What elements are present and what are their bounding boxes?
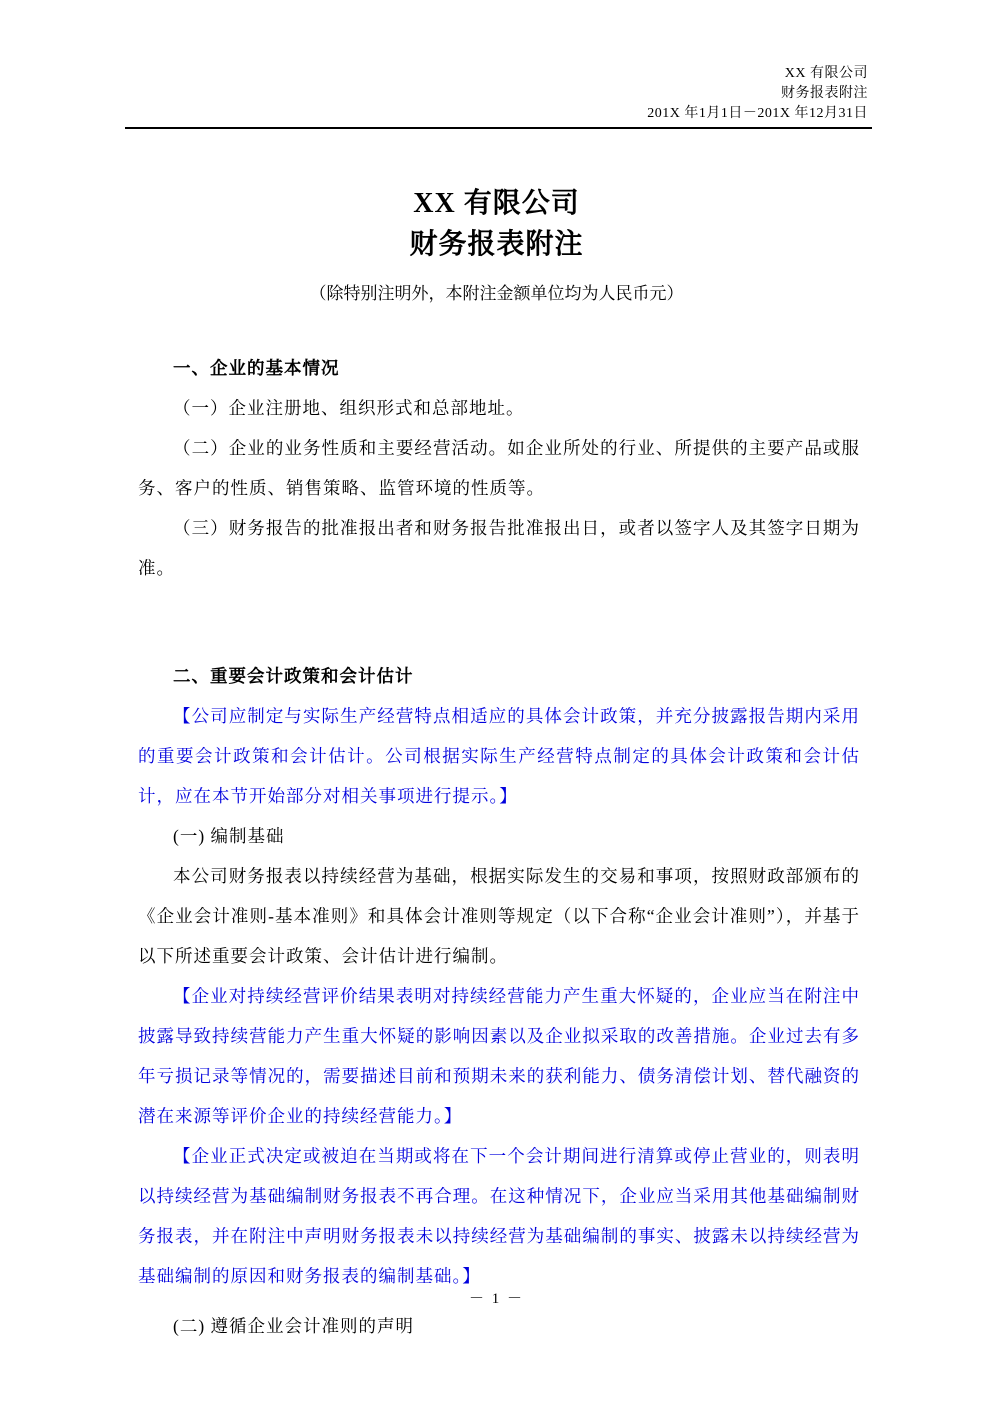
document-subtitle: （除特别注明外，本附注金额单位均为人民币元） [0, 282, 993, 306]
paragraph: （三）财务报告的批准报出者和财务报告批准报出日，或者以签字人及其签字日期为准。 [138, 508, 860, 588]
paragraph: 本公司财务报表以持续经营为基础，根据实际发生的交易和事项，按照财政部颁布的《企业… [138, 856, 860, 976]
section-accounting-policies: 二、重要会计政策和会计估计 【公司应制定与实际生产经营特点相适应的具体会计政策，… [138, 656, 860, 1346]
header-period: 201X 年1月1日－201X 年12月31日 [647, 104, 868, 124]
section-basic-information: 一、企业的基本情况 （一）企业注册地、组织形式和总部地址。 （二）企业的业务性质… [138, 348, 860, 588]
paragraph: (二) 遵循企业会计准则的声明 [138, 1306, 860, 1346]
paragraph: (一) 编制基础 [138, 816, 860, 856]
annotation-paragraph: 【企业对持续经营评价结果表明对持续经营能力产生重大怀疑的，企业应当在附注中披露导… [138, 976, 860, 1136]
document-body: 一、企业的基本情况 （一）企业注册地、组织形式和总部地址。 （二）企业的业务性质… [138, 348, 860, 1346]
header-company: XX 有限公司 [647, 64, 868, 84]
section-1-heading: 一、企业的基本情况 [138, 348, 860, 388]
paragraph: （一）企业注册地、组织形式和总部地址。 [138, 388, 860, 428]
header-doc-type: 财务报表附注 [647, 84, 868, 104]
section-2-heading: 二、重要会计政策和会计估计 [138, 656, 860, 696]
page-footer: － 1 － [0, 1288, 993, 1310]
running-header: XX 有限公司 财务报表附注 201X 年1月1日－201X 年12月31日 [647, 64, 868, 124]
header-rule [125, 127, 872, 129]
page-number: － 1 － [469, 1291, 524, 1307]
document-title: XX 有限公司 财务报表附注 [0, 183, 993, 265]
paragraph: （二）企业的业务性质和主要经营活动。如企业所处的行业、所提供的主要产品或服务、客… [138, 428, 860, 508]
annotation-paragraph: 【企业正式决定或被迫在当期或将在下一个会计期间进行清算或停止营业的，则表明以持续… [138, 1136, 860, 1296]
title-doc-type: 财务报表附注 [0, 224, 993, 265]
document-page: XX 有限公司 财务报表附注 201X 年1月1日－201X 年12月31日 X… [0, 0, 993, 1404]
title-company: XX 有限公司 [0, 183, 993, 224]
annotation-paragraph: 【公司应制定与实际生产经营特点相适应的具体会计政策，并充分披露报告期内采用的重要… [138, 696, 860, 816]
